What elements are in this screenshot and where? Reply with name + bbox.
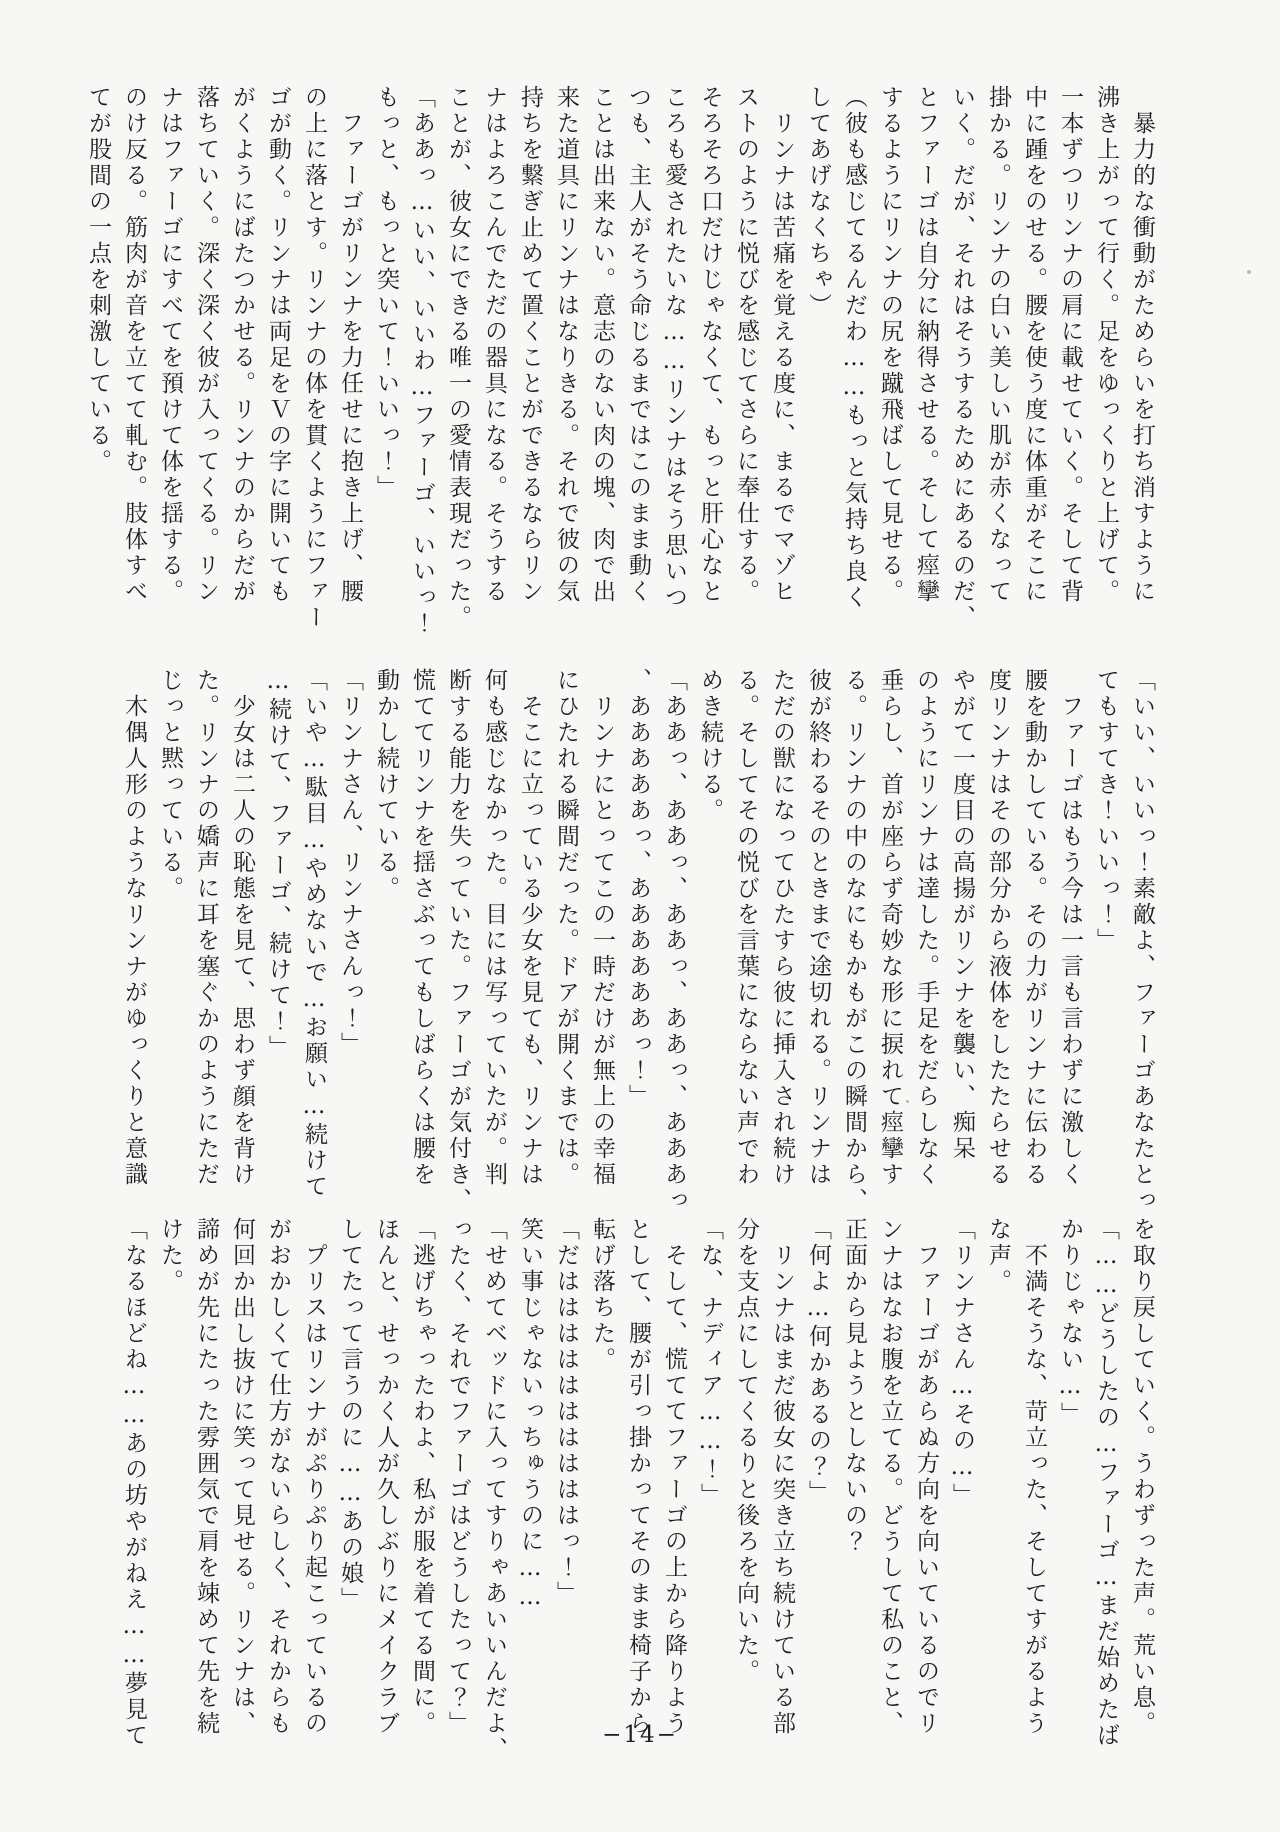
text-column: 分を支点にしてくるりと後ろを向いた。 xyxy=(728,1217,764,1741)
text-column: してあげなくちゃ） xyxy=(800,85,836,609)
text-column: ことは出来ない。意志のない肉の塊、肉で出 xyxy=(584,85,620,609)
text-column: ファーゴがあらぬ方向を向いているのでリ xyxy=(908,1217,944,1741)
text-column: 一本ずつリンナの肩に載せていく。そして背 xyxy=(1052,85,1088,609)
text-column: そろそろ口だけじゃなくて、もっと肝心なと xyxy=(692,85,728,609)
text-column: がくようにばたつかせる。リンナのからだが xyxy=(224,85,260,609)
text-column: 「何よ…何かあるの？」 xyxy=(800,1217,836,1741)
scanned-page: 暴力的な衝動がためらいを打ち消すように沸き上がって行く。足をゆっくりと上げて。一… xyxy=(0,0,1280,1832)
text-column: するようにリンナの尻を蹴飛ばして見せる。 xyxy=(872,85,908,609)
text-column: 垂らし、首が座らず奇妙な形に捩れて痙攣す xyxy=(872,668,908,1168)
text-column: る。そしてその悦びを言葉にならない声でわ xyxy=(728,668,764,1168)
text-column: リンナにとってこの一時だけが無上の幸福 xyxy=(584,668,620,1168)
text-column: てもすてき！いいっ！」 xyxy=(1088,668,1124,1168)
text-column: として、腰が引っ掛かってそのまま椅子から xyxy=(620,1217,656,1741)
text-column: そして、慌ててファーゴの上から降りよう xyxy=(656,1217,692,1741)
text-column: 動かし続けている。 xyxy=(368,668,404,1168)
text-column: 「……どうしたの…ファーゴ…まだ始めたば xyxy=(1088,1217,1124,1741)
text-column: 掛かる。リンナの白い美しい肌が赤くなって xyxy=(980,85,1016,609)
text-column: ナはよろこんでただの器具になる。そうする xyxy=(476,85,512,609)
scan-speck xyxy=(1247,270,1251,274)
text-column: た。リンナの嬌声に耳を塞ぐかのようにただ xyxy=(188,668,224,1168)
text-column: 不満そうな、苛立った、そしてすがるよう xyxy=(1016,1217,1052,1741)
text-column: 「せめてベッドに入ってすりゃあいいんだよ、 xyxy=(476,1217,512,1741)
text-column: 沸き上がって行く。足をゆっくりと上げて。 xyxy=(1088,85,1124,609)
text-column: 「逃げちゃったわよ、私が服を着てる間に。 xyxy=(404,1217,440,1741)
text-column: 度リンナはその部分から液体をしたたらせる xyxy=(980,668,1016,1168)
text-column: （彼も感じてるんだわ……もっと気持ち良く xyxy=(836,85,872,609)
text-column: な声。 xyxy=(980,1217,1016,1741)
text-column: リンナはまだ彼女に突き立ち続けている部 xyxy=(764,1217,800,1741)
text-column: けた。 xyxy=(152,1217,188,1741)
text-column: 木偶人形のようなリンナがゆっくりと意識 xyxy=(116,668,152,1168)
text-column: 少女は二人の恥態を見て、思わず顔を背け xyxy=(224,668,260,1168)
text-column: のけ反る。筋肉が音を立てて軋む。肢体すべ xyxy=(116,85,152,609)
text-column: してたって言うのに……あの娘」 xyxy=(332,1217,368,1741)
text-column: ストのように悦びを感じてさらに奉仕する。 xyxy=(728,85,764,609)
text-column: 笑い事じゃないっちゅうのに…… xyxy=(512,1217,548,1741)
text-column: 「リンナさん…その…」 xyxy=(944,1217,980,1741)
text-column: がおかしくて仕方がないらしく、それからも xyxy=(260,1217,296,1741)
text-column: 正面から見ようとしないの？ xyxy=(836,1217,872,1741)
text-column: 中に踵をのせる。腰を使う度に体重がそこに xyxy=(1016,85,1052,609)
text-column: かりじゃない…」 xyxy=(1052,1217,1088,1741)
text-column: 断する能力を失っていた。ファーゴが気付き、 xyxy=(440,668,476,1168)
text-column: 「だははははははははははっ！」 xyxy=(548,1217,584,1741)
text-column: やがて一度目の高揚がリンナを襲い、痴呆 xyxy=(944,668,980,1168)
text-column: 来た道具にリンナはなりきる。それで彼の気 xyxy=(548,85,584,609)
text-column: リンナは苦痛を覚える度に、まるでマゾヒ xyxy=(764,85,800,609)
text-column: つも、主人がそう命じるまではこのまま動く xyxy=(620,85,656,609)
text-column: 持ちを繋ぎ止めて置くことができるならリン xyxy=(512,85,548,609)
text-column: ことが、彼女にできる唯一の愛情表現だった。 xyxy=(440,85,476,609)
text-column: そこに立っている少女を見ても、リンナは xyxy=(512,668,548,1168)
text-column: のようにリンナは達した。手足をだらしなく xyxy=(908,668,944,1168)
text-column: の上に落とす。リンナの体を貫くようにファー xyxy=(296,85,332,609)
text-column: ゴが動く。リンナは両足をＶの字に開いても xyxy=(260,85,296,609)
text-column: 「ああっ、ああっ、ああっ、ああっ、あああっ xyxy=(656,668,692,1168)
text-column: じっと黙っている。 xyxy=(152,668,188,1168)
text-column: ファーゴがリンナを力任せに抱き上げ、腰 xyxy=(332,85,368,609)
text-column: めき続ける。 xyxy=(692,668,728,1168)
text-band-middle: 「いい、いいっ！素敵よ、ファーゴあなたとってもすてき！いいっ！」 ファーゴはもう… xyxy=(116,668,1160,1168)
text-column: ファーゴはもう今は一言も言わずに激しく xyxy=(1052,668,1088,1168)
text-column: 彼が終わるそのときまで途切れる。リンナは xyxy=(800,668,836,1168)
text-column: 「いや…駄目…やめないで…お願い…続けて xyxy=(296,668,332,1168)
text-column: いく。だが、それはそうするためにあるのだ、 xyxy=(944,85,980,609)
text-column: 「ああっ…いい、いいわ…ファーゴ、いいっ！ xyxy=(404,85,440,609)
text-column: 何回か出し抜けに笑って見せる。リンナは、 xyxy=(224,1217,260,1741)
text-column: 「なるほどね……あの坊やがねえ……夢見て xyxy=(116,1217,152,1741)
text-column: 、あああああっ、ああああああっ！」 xyxy=(620,668,656,1168)
text-column: ただの獣になってひたすら彼に挿入され続け xyxy=(764,668,800,1168)
text-column: 暴力的な衝動がためらいを打ち消すように xyxy=(1124,85,1160,609)
text-column: 「リンナさん、リンナさんっ！」 xyxy=(332,668,368,1168)
text-column: る。リンナの中のなにもかもがこの瞬間から、 xyxy=(836,668,872,1168)
text-column: てが股間の一点を刺激している。 xyxy=(80,85,116,609)
text-column: ンナはなお腹を立てる。どうして私のこと、 xyxy=(872,1217,908,1741)
text-column: 腰を動かしている。その力がリンナに伝わる xyxy=(1016,668,1052,1168)
text-column: にひたれる瞬間だった。ドアが開くまでは。 xyxy=(548,668,584,1168)
text-band-top: 暴力的な衝動がためらいを打ち消すように沸き上がって行く。足をゆっくりと上げて。一… xyxy=(80,85,1160,609)
text-column: …続けて、ファーゴ、続けて！」 xyxy=(260,668,296,1168)
text-band-bottom: を取り戻していく。うわずった声。荒い息。「……どうしたの…ファーゴ…まだ始めたば… xyxy=(116,1217,1160,1741)
text-column: もっと、もっと突いて！いいっ！」 xyxy=(368,85,404,609)
text-column: 何も感じなかった。目には写っていたが。判 xyxy=(476,668,512,1168)
text-column: ったく、それでファーゴはどうしたって？」 xyxy=(440,1217,476,1741)
page-number: −14− xyxy=(0,1722,1280,1748)
text-column: 落ちていく。深く深く彼が入ってくる。リン xyxy=(188,85,224,609)
text-column: を取り戻していく。うわずった声。荒い息。 xyxy=(1124,1217,1160,1741)
text-column: 慌ててリンナを揺さぶってもしばらくは腰を xyxy=(404,668,440,1168)
text-column: ほんと、せっかく人が久しぶりにメイクラブ xyxy=(368,1217,404,1741)
text-column: 「いい、いいっ！素敵よ、ファーゴあなたとっ xyxy=(1124,668,1160,1168)
text-column: ナはファーゴにすべてを預けて体を揺する。 xyxy=(152,85,188,609)
text-column: とファーゴは自分に納得させる。そして痙攣 xyxy=(908,85,944,609)
text-column: 「な、ナディア……！」 xyxy=(692,1217,728,1741)
text-column: ころも愛されたいな……リンナはそう思いつ xyxy=(656,85,692,609)
text-column: 諦めが先にたった雰囲気で肩を竦めて先を続 xyxy=(188,1217,224,1741)
text-column: 転げ落ちた。 xyxy=(584,1217,620,1741)
scan-speck xyxy=(906,1100,909,1103)
text-column: プリスはリンナがぷりぷり起こっているの xyxy=(296,1217,332,1741)
